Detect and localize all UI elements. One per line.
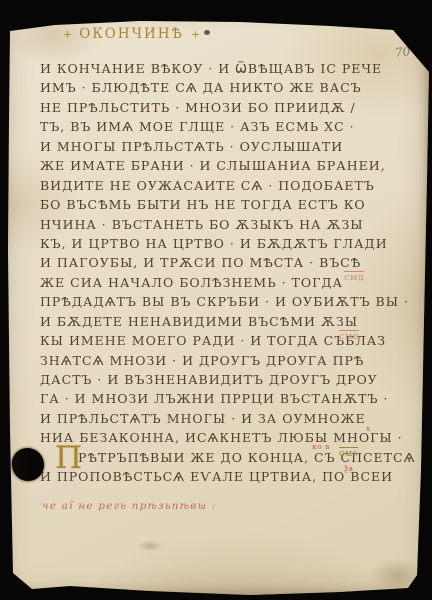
manuscript-line: къ, и цртво на цртво · и бѫдѫтъ глади [40, 234, 402, 253]
manuscript-line: рѣтръпѣвыи же до конца, съ спсетсѧ : [40, 448, 402, 467]
footer-rubric: че аї не регь прѣзьпѣвы : [42, 500, 217, 512]
manuscript-line: и прѣльстѧтъ многы · и за оумноже [40, 409, 402, 428]
manuscript-line: кы имене моего ради · и тогда съблаз [40, 331, 402, 350]
manuscript-line: дастъ · и възненавидитъ дроугъ дроу [40, 370, 402, 389]
photo-background: +окончинѣ+ 70 и кончание вѣкоу · и ѿвѣща… [0, 0, 432, 600]
manuscript-page: +окончинѣ+ 70 и кончание вѣкоу · и ѿвѣща… [0, 0, 432, 600]
text-block: и кончание вѣкоу · и ѿвѣщавъ іс речеимъ … [40, 59, 402, 487]
manuscript-line: бо въсѣмь быти нъ не тогда естъ ко [40, 195, 402, 214]
manuscript-line: не прѣльстить · мнози бо приидѫ / [40, 98, 402, 117]
manuscript-line: и кончание вѣкоу · и ѿвѣщавъ іс рече [40, 59, 402, 78]
illuminated-initial: П [55, 443, 82, 474]
manuscript-line: имъ · блюдѣте сѧ да никто же васъ [40, 78, 402, 97]
manuscript-line: знѧтсѧ мнози · и дроугъ дроуга прѣ [40, 351, 402, 370]
manuscript-line: ниа безаконна, исѧкнетъ любы многы · [40, 428, 402, 447]
manuscript-line: же имате брани · и слышаниа бранеи, [40, 156, 402, 175]
manuscript-line: и многы прѣльстѧть · оуслышати [40, 137, 402, 156]
manuscript-line: га · и мнози лъжни пррци въстанѫтъ · [40, 389, 402, 408]
manuscript-line: и проповѣстьсѧ еѵале цртвиа, по всеи [40, 467, 402, 486]
manuscript-line: нчина · въстанеть бо ѫзыкъ на ѫзы [40, 215, 402, 234]
manuscript-line: же сиа начало болѣзнемь · тогда [40, 273, 402, 292]
manuscript-line: видите не оужасаите сѧ · подобаетъ [40, 176, 402, 195]
heading-text: окончинѣ [79, 26, 184, 42]
manuscript-line: прѣдадѧтъ вы въ скръби · и оубиѫтъ вы · [40, 292, 402, 311]
folio-number: 70 [394, 44, 411, 60]
page-heading: +окончинѣ+ [56, 26, 207, 42]
manuscript-line: и бѫдете ненавидими въсѣми ѫзы [40, 312, 402, 331]
manuscript-line: и пагоубы, и трѫси по мѣста · въсѣ [40, 253, 402, 272]
manuscript-line: тъ, въ имѧ мое глще · азъ есмь хс · [40, 117, 402, 136]
cross-mark-left: + [56, 28, 79, 41]
cross-mark-right: + [184, 28, 207, 41]
